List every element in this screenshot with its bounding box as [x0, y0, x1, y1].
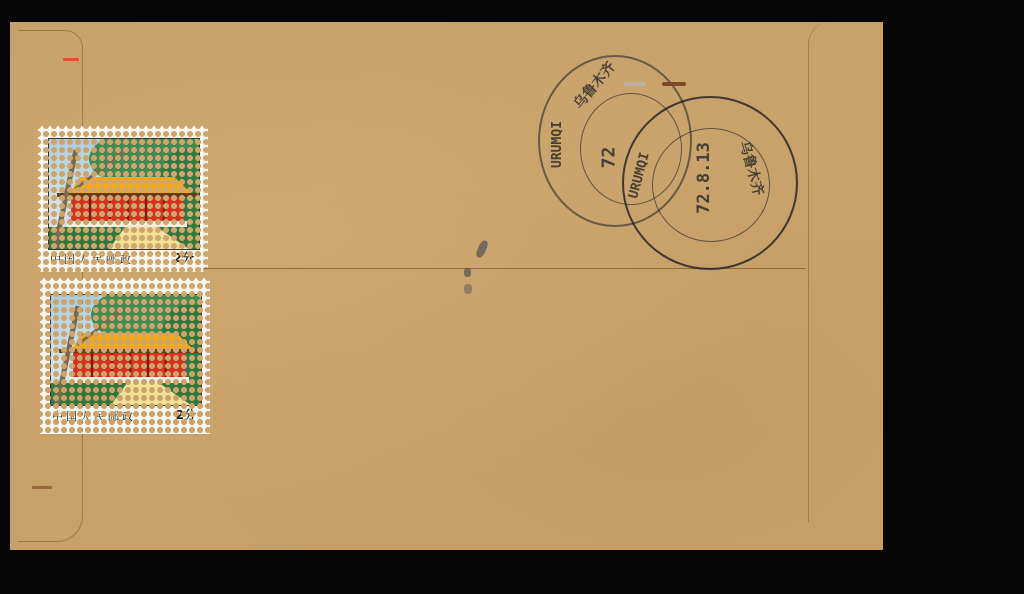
- stamp-denomination: 2分: [176, 406, 196, 423]
- stamp-country-text: 中国人民邮政: [50, 251, 134, 267]
- postage-stamp: 中国人民邮政 2分: [38, 126, 208, 272]
- postmark-city-latin: URUMQI: [550, 121, 565, 168]
- postmark-date: 72.8.13: [694, 142, 714, 214]
- stamp-illustration: [48, 138, 200, 250]
- staple-mark: [662, 82, 686, 86]
- envelope-right-flap-fold: [808, 22, 875, 522]
- staple-mark: [624, 82, 646, 86]
- stamp-denomination: 2分: [174, 249, 194, 266]
- stamp-illustration: [50, 294, 202, 406]
- red-ink-mark: [63, 58, 79, 61]
- postmark-date: 72: [598, 147, 619, 169]
- ink-smudge: [464, 284, 472, 294]
- postage-stamp: 中国人民邮政 2分: [40, 278, 210, 434]
- postmark: 乌鲁木齐 URUMQI 72.8.13: [622, 96, 798, 270]
- ink-smudge: [464, 268, 471, 277]
- stamp-country-text: 中国人民邮政: [52, 408, 136, 424]
- ink-smudge: [475, 239, 490, 259]
- postmark-city-latin: URUMQI: [626, 151, 653, 200]
- stain-mark: [32, 486, 52, 489]
